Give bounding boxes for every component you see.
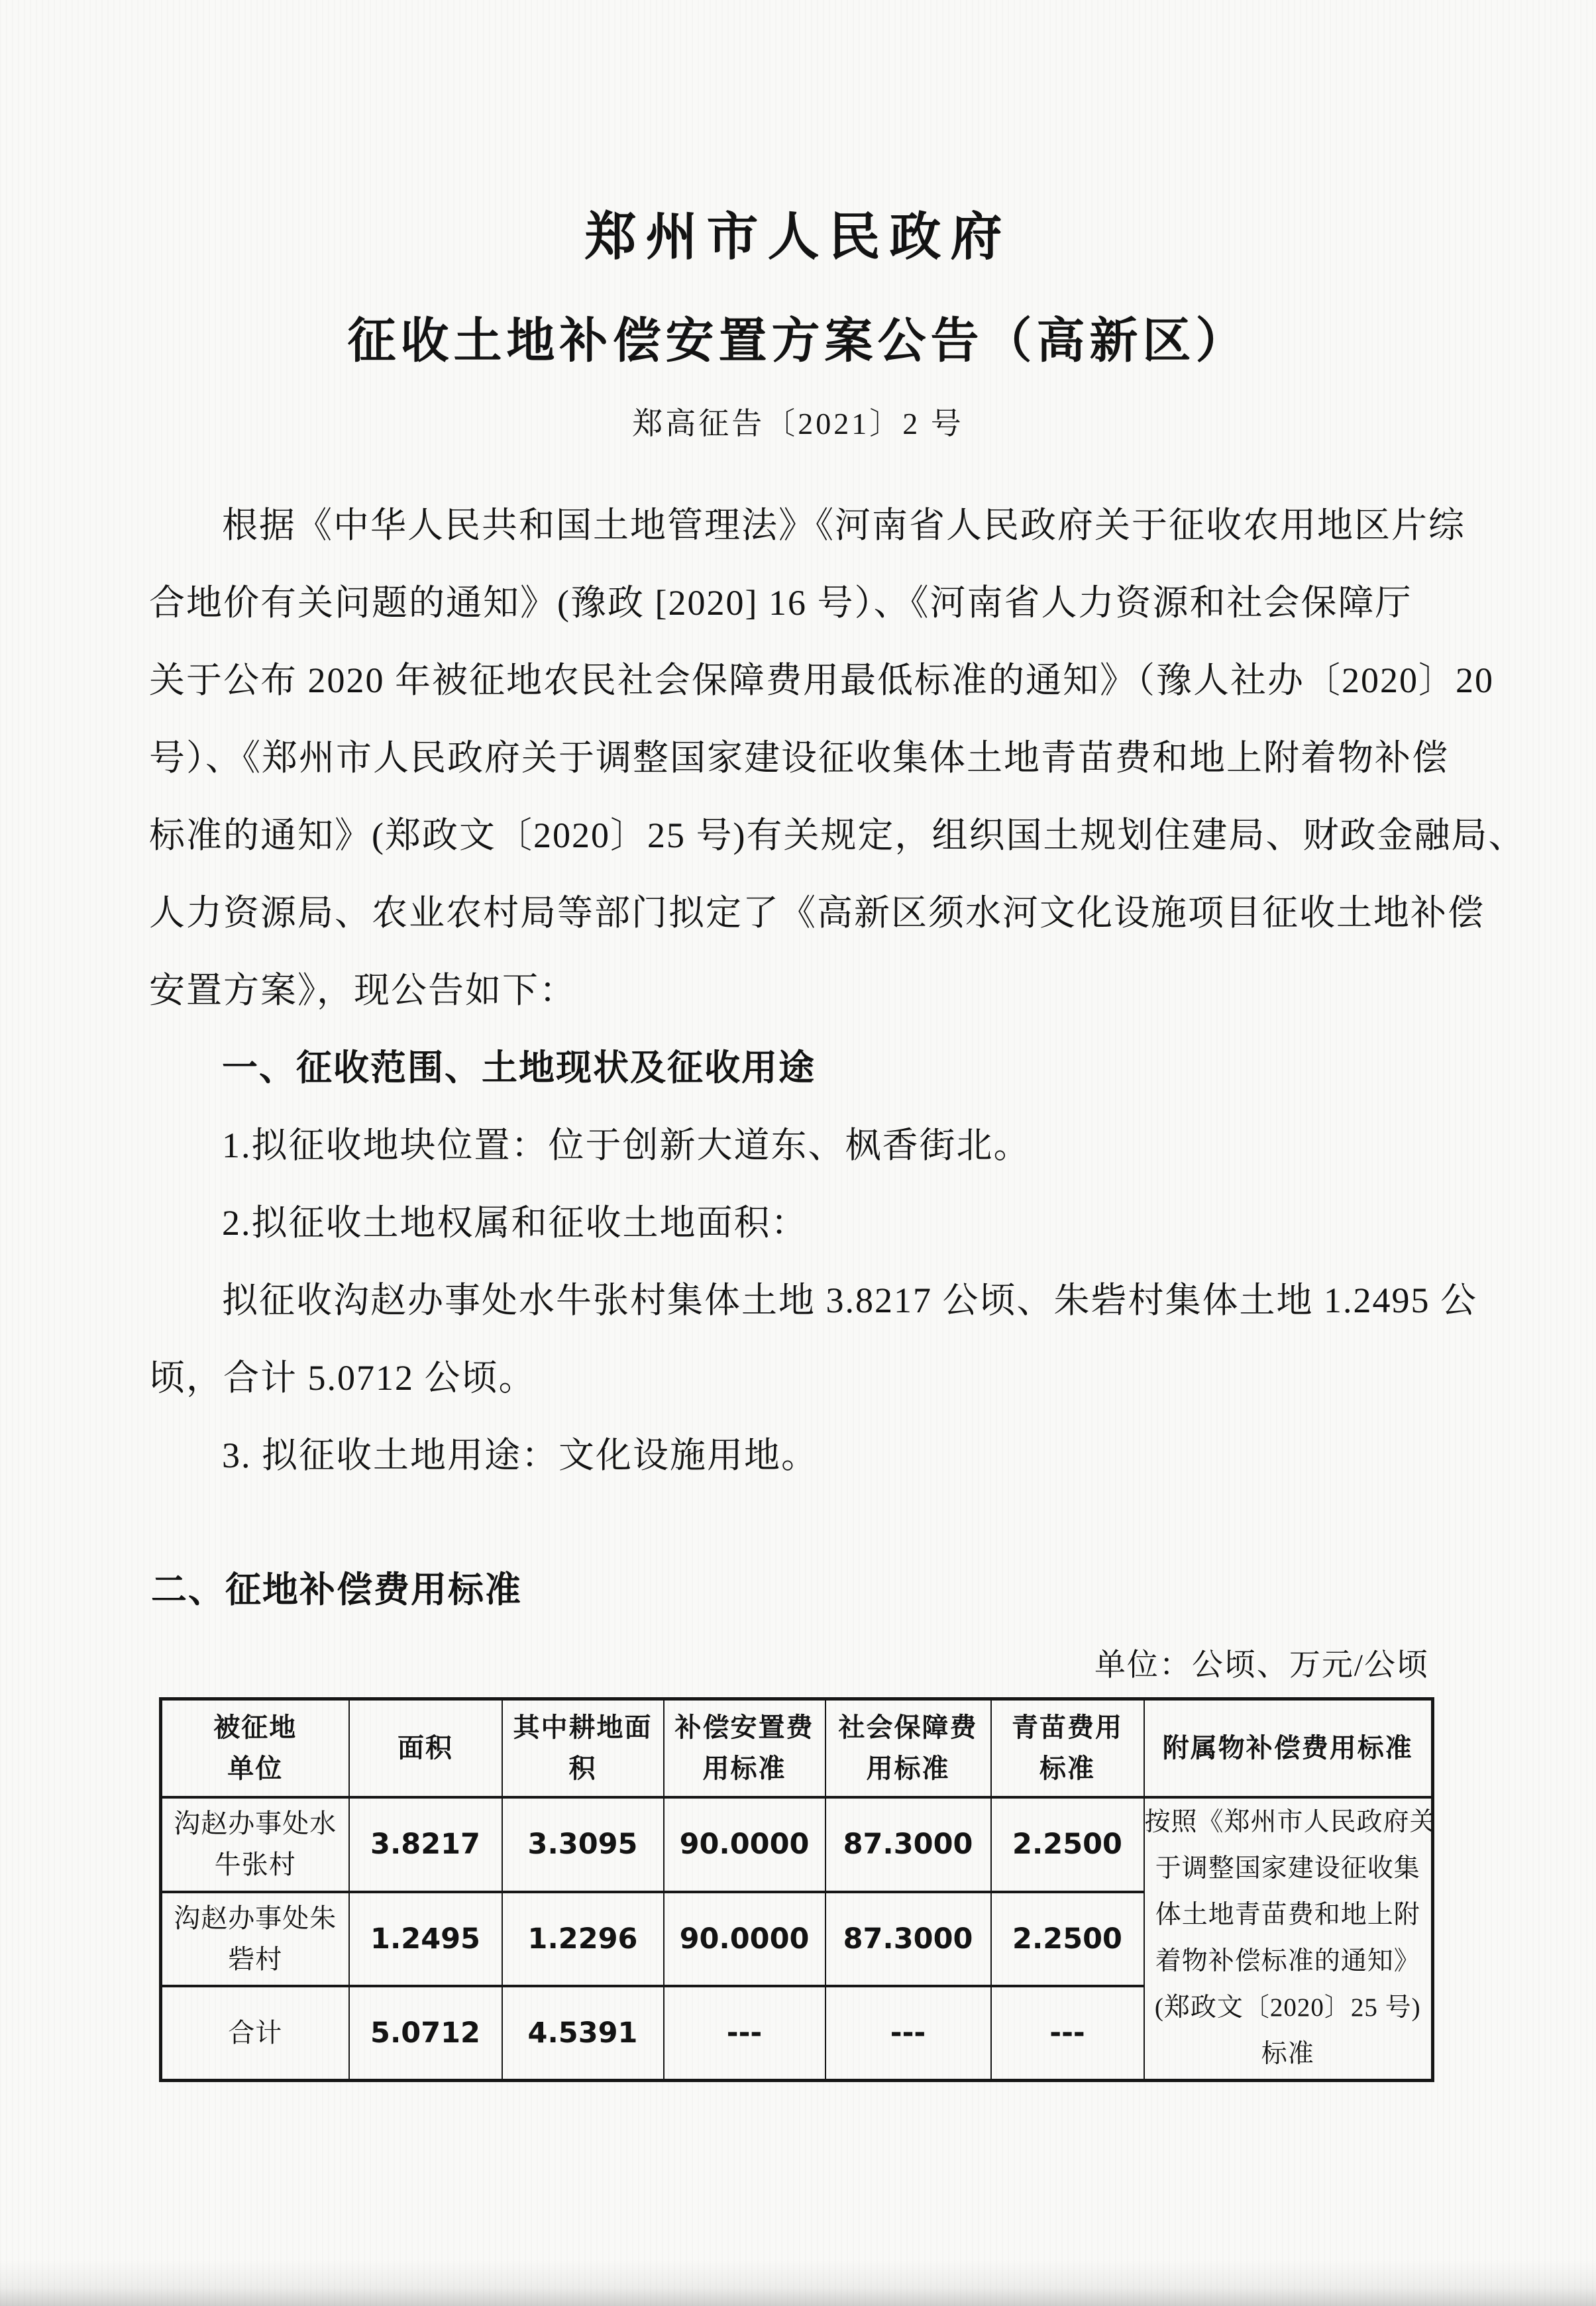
value-cell: --- — [664, 1986, 825, 2081]
document-page: 郑州市人民政府 征收土地补偿安置方案公告（高新区） 郑高征告〔2021〕2 号 … — [0, 0, 1596, 2306]
value-cell: 2.2500 — [991, 1892, 1144, 1986]
header-social-security-fee: 社会保障费 用标准 — [825, 1699, 991, 1797]
note-line: 标准 — [1145, 2031, 1432, 2077]
section-1-heading: 一、征收范围、土地现状及征收用途 — [149, 1029, 1458, 1107]
value-cell: 87.3000 — [825, 1797, 991, 1892]
value-cell: 2.2500 — [991, 1797, 1144, 1892]
body-line: 顷，合计 5.0712 公顷。 — [149, 1339, 1458, 1417]
header-area: 面积 — [349, 1699, 502, 1797]
body-line: 3. 拟征收土地用途：文化设施用地。 — [149, 1417, 1458, 1494]
note-line: 按照《郑州市人民政府关 — [1145, 1799, 1432, 1846]
body-line: 关于公布 2020 年被征地农民社会保障费用最低标准的通知》（豫人社办〔2020… — [149, 642, 1458, 719]
header-line: 青苗费用 — [992, 1707, 1144, 1748]
unit-line: 牛张村 — [162, 1844, 348, 1885]
table-header-row: 被征地 单位 面积 其中耕地面 积 补偿安置费 用标准 社会保障费 用标准 青苗… — [161, 1699, 1433, 1797]
value-cell: 3.8217 — [349, 1797, 502, 1892]
header-line: 积 — [503, 1748, 663, 1789]
unit-line: 砦村 — [162, 1939, 348, 1980]
header-line: 社会保障费 — [826, 1707, 990, 1748]
body-text: 根据《中华人民共和国土地管理法》《河南省人民政府关于征收农用地区片综 合地价有关… — [149, 487, 1458, 1494]
unit-line: 沟赵办事处朱 — [162, 1898, 348, 1939]
body-line: 2.拟征收土地权属和征收土地面积： — [149, 1184, 1458, 1262]
note-line: 于调整国家建设征收集 — [1145, 1846, 1432, 1892]
header-line: 单位 — [162, 1748, 348, 1789]
value-cell: 4.5391 — [502, 1986, 664, 2081]
body-line: 号）、《郑州市人民政府关于调整国家建设征收集体土地青苗费和地上附着物补偿 — [149, 719, 1458, 797]
section-2-heading: 二、征地补偿费用标准 — [151, 1562, 522, 1618]
unit-cell: 沟赵办事处水 牛张村 — [161, 1797, 349, 1892]
body-line: 安置方案》，现公告如下： — [149, 952, 1458, 1029]
unit-line: 沟赵办事处水 — [162, 1803, 348, 1844]
value-cell: 90.0000 — [664, 1797, 825, 1892]
attachment-note-cell: 按照《郑州市人民政府关 于调整国家建设征收集 体土地青苗费和地上附 着物补偿标准… — [1144, 1797, 1433, 2081]
value-cell: 87.3000 — [825, 1892, 991, 1986]
header-attachment-standard: 附属物补偿费用标准 — [1144, 1699, 1433, 1797]
unit-cell: 沟赵办事处朱 砦村 — [161, 1892, 349, 1986]
unit-line: 合计 — [162, 2013, 348, 2054]
value-cell: --- — [825, 1986, 991, 2081]
value-cell: 1.2495 — [349, 1892, 502, 1986]
header-line: 用标准 — [665, 1748, 825, 1789]
header-cultivated-area: 其中耕地面 积 — [502, 1699, 664, 1797]
value-cell: --- — [991, 1986, 1144, 2081]
value-cell: 3.3095 — [502, 1797, 664, 1892]
header-line: 面积 — [350, 1728, 502, 1769]
scanner-shadow — [0, 2260, 1596, 2306]
body-line: 人力资源局、农业农村局等部门拟定了《高新区须水河文化设施项目征收土地补偿 — [149, 874, 1458, 952]
value-cell: 90.0000 — [664, 1892, 825, 1986]
header-seedling-fee: 青苗费用 标准 — [991, 1699, 1144, 1797]
header-resettlement-fee: 补偿安置费 用标准 — [664, 1699, 825, 1797]
header-line: 附属物补偿费用标准 — [1145, 1728, 1432, 1769]
unit-note: 单位：公顷、万元/公顷 — [1094, 1638, 1429, 1693]
value-cell: 1.2296 — [502, 1892, 664, 1986]
body-line: 合地价有关问题的通知》(豫政 [2020] 16 号）、《河南省人力资源和社会保… — [149, 564, 1458, 642]
header-line: 被征地 — [162, 1707, 348, 1748]
header-line: 标准 — [992, 1748, 1144, 1789]
compensation-table: 被征地 单位 面积 其中耕地面 积 补偿安置费 用标准 社会保障费 用标准 青苗… — [159, 1697, 1434, 2082]
body-line: 根据《中华人民共和国土地管理法》《河南省人民政府关于征收农用地区片综 — [149, 487, 1458, 564]
header-line: 用标准 — [826, 1748, 990, 1789]
value-cell: 5.0712 — [349, 1986, 502, 2081]
note-line: 着物补偿标准的通知》 — [1145, 1938, 1432, 1985]
note-line: 体土地青苗费和地上附 — [1145, 1892, 1432, 1938]
table-row: 沟赵办事处水 牛张村 3.8217 3.3095 90.0000 87.3000… — [161, 1797, 1433, 1892]
body-line: 拟征收沟赵办事处水牛张村集体土地 3.8217 公顷、朱砦村集体土地 1.249… — [149, 1262, 1458, 1339]
header-line: 补偿安置费 — [665, 1707, 825, 1748]
note-line: (郑政文〔2020〕25 号) — [1145, 1985, 1432, 2031]
body-line: 1.拟征收地块位置：位于创新大道东、枫香街北。 — [149, 1107, 1458, 1184]
header-line: 其中耕地面 — [503, 1707, 663, 1748]
doc-number: 郑高征告〔2021〕2 号 — [0, 399, 1596, 448]
unit-cell-total: 合计 — [161, 1986, 349, 2081]
page-title: 郑州市人民政府 — [0, 199, 1596, 275]
body-line: 标准的通知》(郑政文〔2020〕25 号)有关规定，组织国土规划住建局、财政金融… — [149, 797, 1458, 874]
page-subtitle: 征收土地补偿安置方案公告（高新区） — [0, 299, 1596, 382]
header-expropriated-unit: 被征地 单位 — [161, 1699, 349, 1797]
